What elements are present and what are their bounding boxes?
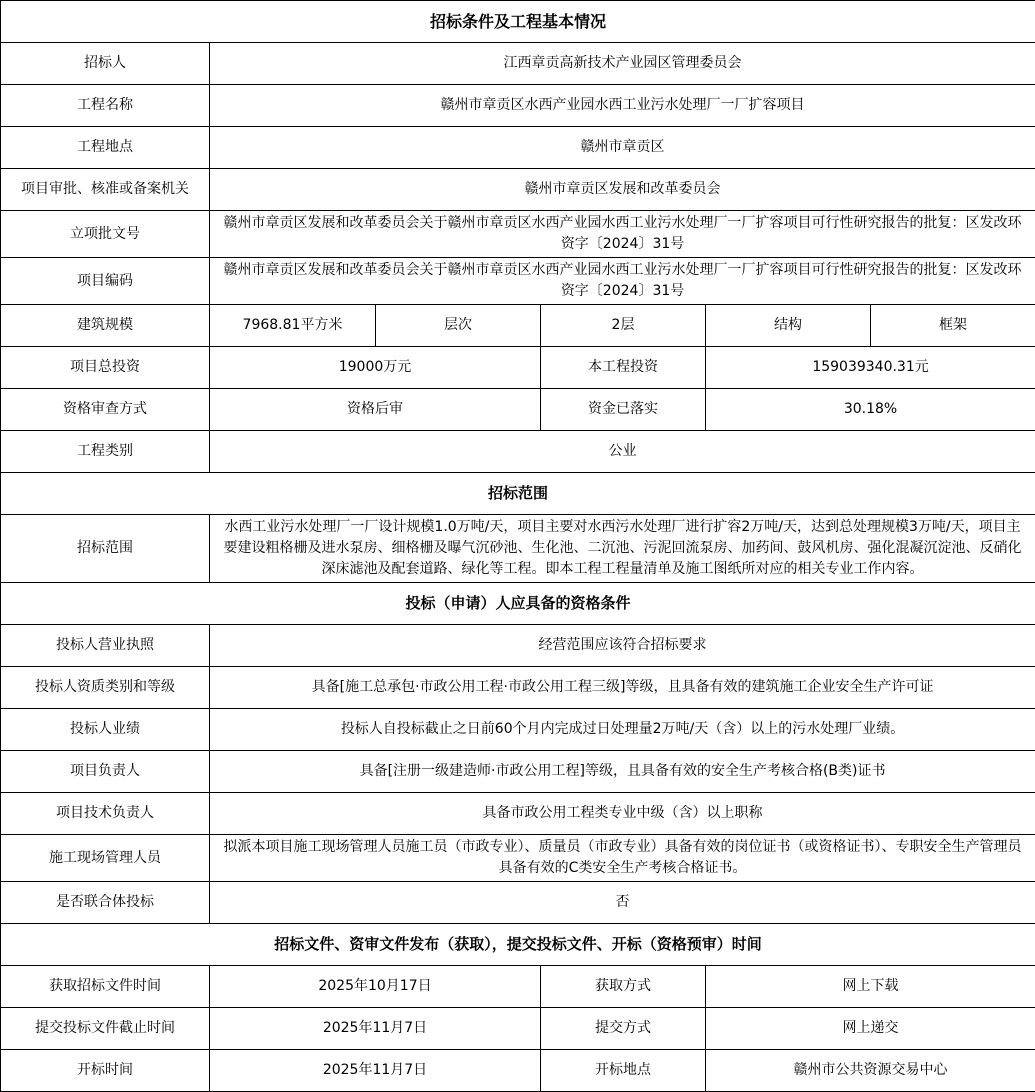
cell-value: 具备市政公用工程类专业中级（含）以上职称 [210,793,1035,835]
row-label: 项目技术负责人 [1,793,210,835]
table-row: 项目技术负责人具备市政公用工程类专业中级（含）以上职称 [1,793,1035,835]
cell-value: 江西章贡高新技术产业园区管理委员会 [210,43,1035,85]
row-label: 立项批文号 [1,211,210,258]
row-label: 招标人 [1,43,210,85]
cell-value: 投标人自投标截止之日前60个月内完成过日处理量2万吨/天（含）以上的污水处理厂业… [210,709,1035,751]
table-row: 招标范围水西工业污水处理厂一厂设计规模1.0万吨/天，项目主要对水西污水处理厂进… [1,515,1035,583]
cell-value: 水西工业污水处理厂一厂设计规模1.0万吨/天，项目主要对水西污水处理厂进行扩容2… [210,515,1035,583]
row-label: 开标时间 [1,1050,210,1092]
cell-value: 资金已落实 [541,389,706,431]
row-label: 项目负责人 [1,751,210,793]
cell-value: 30.18% [706,389,1035,431]
row-label: 工程类别 [1,431,210,473]
table-row: 招标文件、资审文件发布（获取），提交投标文件、开标（资格预审）时间 [1,924,1035,966]
row-label: 项目审批、核准或备案机关 [1,169,210,211]
cell-value: 框架 [871,305,1035,347]
cell-value: 19000万元 [210,347,541,389]
cell-value: 层次 [376,305,541,347]
row-label: 施工现场管理人员 [1,835,210,882]
table-row: 投标（申请）人应具备的资格条件 [1,583,1035,625]
cell-value: 资格后审 [210,389,541,431]
table-row: 工程名称赣州市章贡区水西产业园水西工业污水处理厂一厂扩容项目 [1,85,1035,127]
row-label: 项目总投资 [1,347,210,389]
cell-value: 7968.81平方米 [210,305,376,347]
cell-value: 获取方式 [541,966,706,1008]
cell-value: 赣州市公共资源交易中心 [706,1050,1035,1092]
cell-value: 拟派本项目施工现场管理人员施工员（市政专业）、质量员（市政专业）具备有效的岗位证… [210,835,1035,882]
table-row: 投标人营业执照经营范围应该符合招标要求 [1,625,1035,667]
table-title: 招标条件及工程基本情况 [1,1,1035,43]
cell-value: 具备[施工总承包·市政公用工程·市政公用工程三级]等级，且具备有效的建筑施工企业… [210,667,1035,709]
row-label: 获取招标文件时间 [1,966,210,1008]
cell-value: 提交方式 [541,1008,706,1050]
cell-value: 网上下载 [706,966,1035,1008]
section-header: 招标文件、资审文件发布（获取），提交投标文件、开标（资格预审）时间 [1,924,1035,966]
table-row: 工程类别公业 [1,431,1035,473]
row-label: 招标范围 [1,515,210,583]
cell-value: 2025年11月7日 [210,1050,541,1092]
table-row: 工程地点赣州市章贡区 [1,127,1035,169]
cell-value: 赣州市章贡区发展和改革委员会 [210,169,1035,211]
cell-value: 经营范围应该符合招标要求 [210,625,1035,667]
table-row: 招标条件及工程基本情况 [1,1,1035,43]
table-row: 投标人业绩投标人自投标截止之日前60个月内完成过日处理量2万吨/天（含）以上的污… [1,709,1035,751]
row-label: 建筑规模 [1,305,210,347]
cell-value: 赣州市章贡区水西产业园水西工业污水处理厂一厂扩容项目 [210,85,1035,127]
table-row: 项目审批、核准或备案机关赣州市章贡区发展和改革委员会 [1,169,1035,211]
row-label: 项目编码 [1,258,210,305]
cell-value: 本工程投资 [541,347,706,389]
row-label: 投标人业绩 [1,709,210,751]
row-label: 工程地点 [1,127,210,169]
table-row: 施工现场管理人员拟派本项目施工现场管理人员施工员（市政专业）、质量员（市政专业）… [1,835,1035,882]
table-row: 开标时间2025年11月7日开标地点赣州市公共资源交易中心 [1,1050,1035,1092]
cell-value: 2层 [541,305,706,347]
table-row: 立项批文号赣州市章贡区发展和改革委员会关于赣州市章贡区水西产业园水西工业污水处理… [1,211,1035,258]
row-label: 投标人营业执照 [1,625,210,667]
row-label: 投标人资质类别和等级 [1,667,210,709]
cell-value: 结构 [706,305,871,347]
table-row: 投标人资质类别和等级具备[施工总承包·市政公用工程·市政公用工程三级]等级，且具… [1,667,1035,709]
table-row: 建筑规模7968.81平方米层次2层结构框架 [1,305,1035,347]
cell-value: 赣州市章贡区发展和改革委员会关于赣州市章贡区水西产业园水西工业污水处理厂一厂扩容… [210,258,1035,305]
table-row: 获取招标文件时间2025年10月17日获取方式网上下载 [1,966,1035,1008]
section-header: 招标范围 [1,473,1035,515]
row-label: 工程名称 [1,85,210,127]
table-row: 资格审查方式资格后审资金已落实30.18% [1,389,1035,431]
row-label: 资格审查方式 [1,389,210,431]
section-header: 投标（申请）人应具备的资格条件 [1,583,1035,625]
table-row: 提交投标文件截止时间2025年11月7日提交方式网上递交 [1,1008,1035,1050]
cell-value: 赣州市章贡区发展和改革委员会关于赣州市章贡区水西产业园水西工业污水处理厂一厂扩容… [210,211,1035,258]
table-row: 项目负责人具备[注册一级建造师·市政公用工程]等级，且具备有效的安全生产考核合格… [1,751,1035,793]
table-row: 招标范围 [1,473,1035,515]
cell-value: 网上递交 [706,1008,1035,1050]
cell-value: 2025年10月17日 [210,966,541,1008]
cell-value: 赣州市章贡区 [210,127,1035,169]
cell-value: 159039340.31元 [706,347,1035,389]
cell-value: 公业 [210,431,1035,473]
row-label: 是否联合体投标 [1,882,210,924]
cell-value: 具备[注册一级建造师·市政公用工程]等级，且具备有效的安全生产考核合格(B类)证… [210,751,1035,793]
cell-value: 否 [210,882,1035,924]
cell-value: 2025年11月7日 [210,1008,541,1050]
table-row: 项目总投资19000万元本工程投资159039340.31元 [1,347,1035,389]
tender-table-body: 招标条件及工程基本情况招标人江西章贡高新技术产业园区管理委员会工程名称赣州市章贡… [1,1,1035,1092]
table-row: 项目编码赣州市章贡区发展和改革委员会关于赣州市章贡区水西产业园水西工业污水处理厂… [1,258,1035,305]
cell-value: 开标地点 [541,1050,706,1092]
table-row: 招标人江西章贡高新技术产业园区管理委员会 [1,43,1035,85]
tender-info-table: 招标条件及工程基本情况招标人江西章贡高新技术产业园区管理委员会工程名称赣州市章贡… [0,0,1035,1092]
tender-notice-document: 招标条件及工程基本情况招标人江西章贡高新技术产业园区管理委员会工程名称赣州市章贡… [0,0,1035,1092]
row-label: 提交投标文件截止时间 [1,1008,210,1050]
table-row: 是否联合体投标否 [1,882,1035,924]
